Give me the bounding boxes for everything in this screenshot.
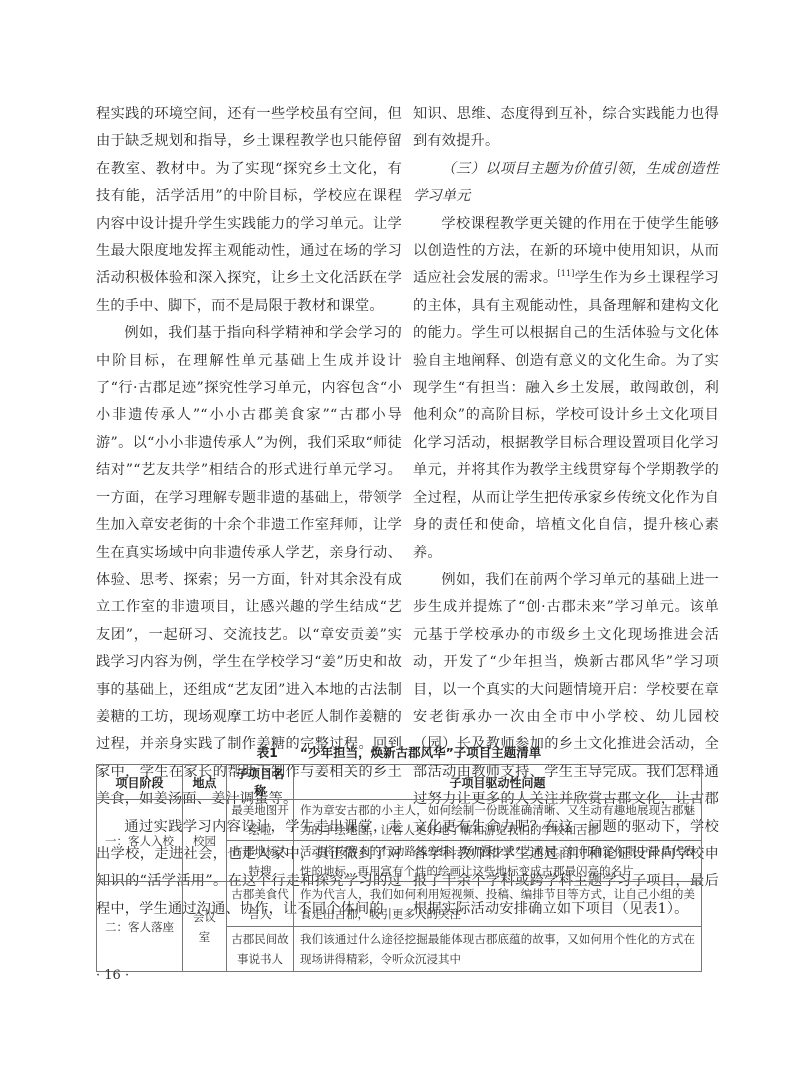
subproject-name-cell: 古郡美食代言人 — [227, 882, 294, 927]
header-subproject-name: 子项目名称 — [227, 765, 294, 800]
section-heading: （三）以项目主题为价值引领，生成创造性学习单元 — [413, 156, 719, 211]
subproject-name-cell: 最美地图开绘啦 — [227, 800, 294, 841]
table-number: 表1 — [257, 745, 278, 760]
header-location: 地点 — [183, 765, 227, 800]
question-cell: 我们该通过什么途径挖掘最能体现古郡底蕴的故事，又如何用个性化的方式在现场讲得精彩… — [294, 927, 702, 972]
header-driving-question: 子项目驱动性问题 — [294, 765, 702, 800]
table-caption: 表1“少年担当，焕新古郡风华”子项目主题清单 — [96, 743, 702, 761]
paragraph: 知识、思维、态度得到互补，综合实践能力也得到有效提升。 — [413, 101, 719, 156]
stage-cell: 一：客人入校 — [97, 800, 183, 882]
table-header-row: 项目阶段 地点 子项目名称 子项目驱动性问题 — [97, 765, 702, 800]
stage-cell: 二：客人落座 — [97, 882, 183, 972]
subproject-name-cell: 古郡民间故事说书人 — [227, 927, 294, 972]
question-cell: 作为代言人，我们如何利用短视频、投稿、编排节目等方式，让自己小组的美食走出古郡，… — [294, 882, 702, 927]
table-row: 二：客人落座 会议室 古郡美食代言人 作为代言人，我们如何利用短视频、投稿、编排… — [97, 882, 702, 927]
citation-ref: [11] — [557, 269, 574, 278]
paragraph: 学校课程教学更关键的作用在于使学生能够以创造性的方法，在新的环境中使用知识，从而… — [413, 211, 719, 567]
header-stage: 项目阶段 — [97, 765, 183, 800]
location-cell: 校园 — [183, 800, 227, 882]
subproject-table: 项目阶段 地点 子项目名称 子项目驱动性问题 一：客人入校 校园 最美地图开绘啦… — [96, 764, 702, 972]
question-cell: 作为章安古郡的小主人，如何绘制一份既准确清晰、又生动有趣地展现古郡魅力的手绘地图… — [294, 800, 702, 841]
table-row: 一：客人入校 校园 最美地图开绘啦 作为章安古郡的小主人，如何绘制一份既准确清晰… — [97, 800, 702, 841]
location-cell: 会议室 — [183, 882, 227, 972]
subproject-name-cell: 古郡地标大特搜 — [227, 841, 294, 882]
question-cell: 活动将按客人的行动路线安排一场“漫步式”艺术展。如何确定你眼中最具代表性的地标，… — [294, 841, 702, 882]
table-title: “少年担当，焕新古郡风华”子项目主题清单 — [300, 745, 541, 760]
page-number: · 16 · — [96, 968, 129, 983]
paragraph: 程实践的环境空间，还有一些学校虽有空间，但由于缺乏规划和指导，乡土课程教学也只能… — [96, 101, 402, 320]
paragraph: 例如，我们基于指向科学精神和学会学习的中阶目标，在理解性单元基础上生成并设计了“… — [96, 320, 402, 813]
paragraph-text: 学生作为乡土课程学习的主体，具有主观能动性，具备理解和建构文化的能力。学生可以根… — [413, 270, 719, 560]
